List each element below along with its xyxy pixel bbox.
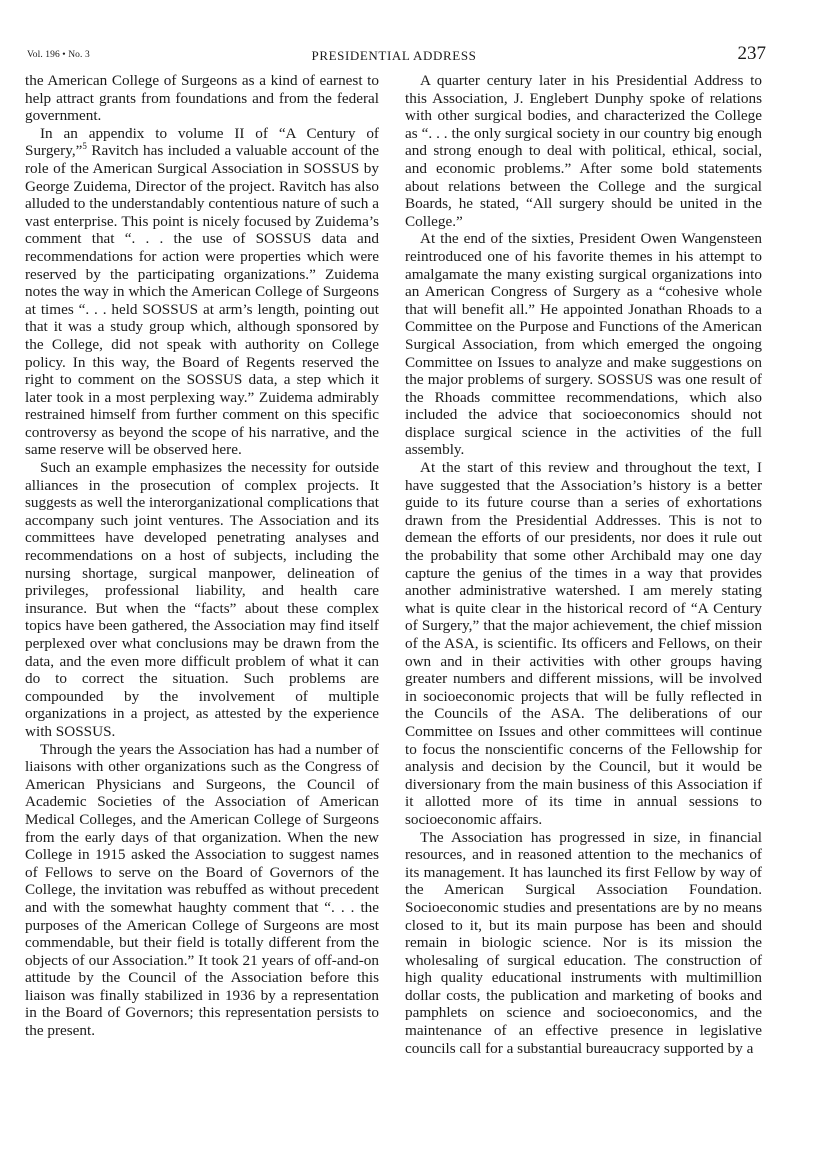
left-column: the American College of Surgeons as a ki… [25,72,379,1040]
paragraph-dunphy: A quarter century later in his President… [405,72,762,230]
running-head: Vol. 196 • No. 3 PRESIDENTIAL ADDRESS 23… [25,44,763,66]
paragraph-wangensteen: At the end of the sixties, President Owe… [405,230,762,459]
paragraph-progress: The Association has progressed in size, … [405,829,762,1058]
paragraph-appendix: In an appendix to volume II of “A Centur… [25,125,379,459]
page-number: 237 [738,43,767,65]
paragraph-text: Ravitch has included a valuable account … [25,142,379,458]
paragraph-review: At the start of this review and througho… [405,459,762,828]
paragraph-liaisons: Through the years the Association has ha… [25,741,379,1040]
paragraph-continued: the American College of Surgeons as a ki… [25,72,379,125]
right-column: A quarter century later in his President… [405,72,762,1057]
running-title: PRESIDENTIAL ADDRESS [25,48,763,64]
paragraph-alliances: Such an example emphasizes the necessity… [25,459,379,741]
